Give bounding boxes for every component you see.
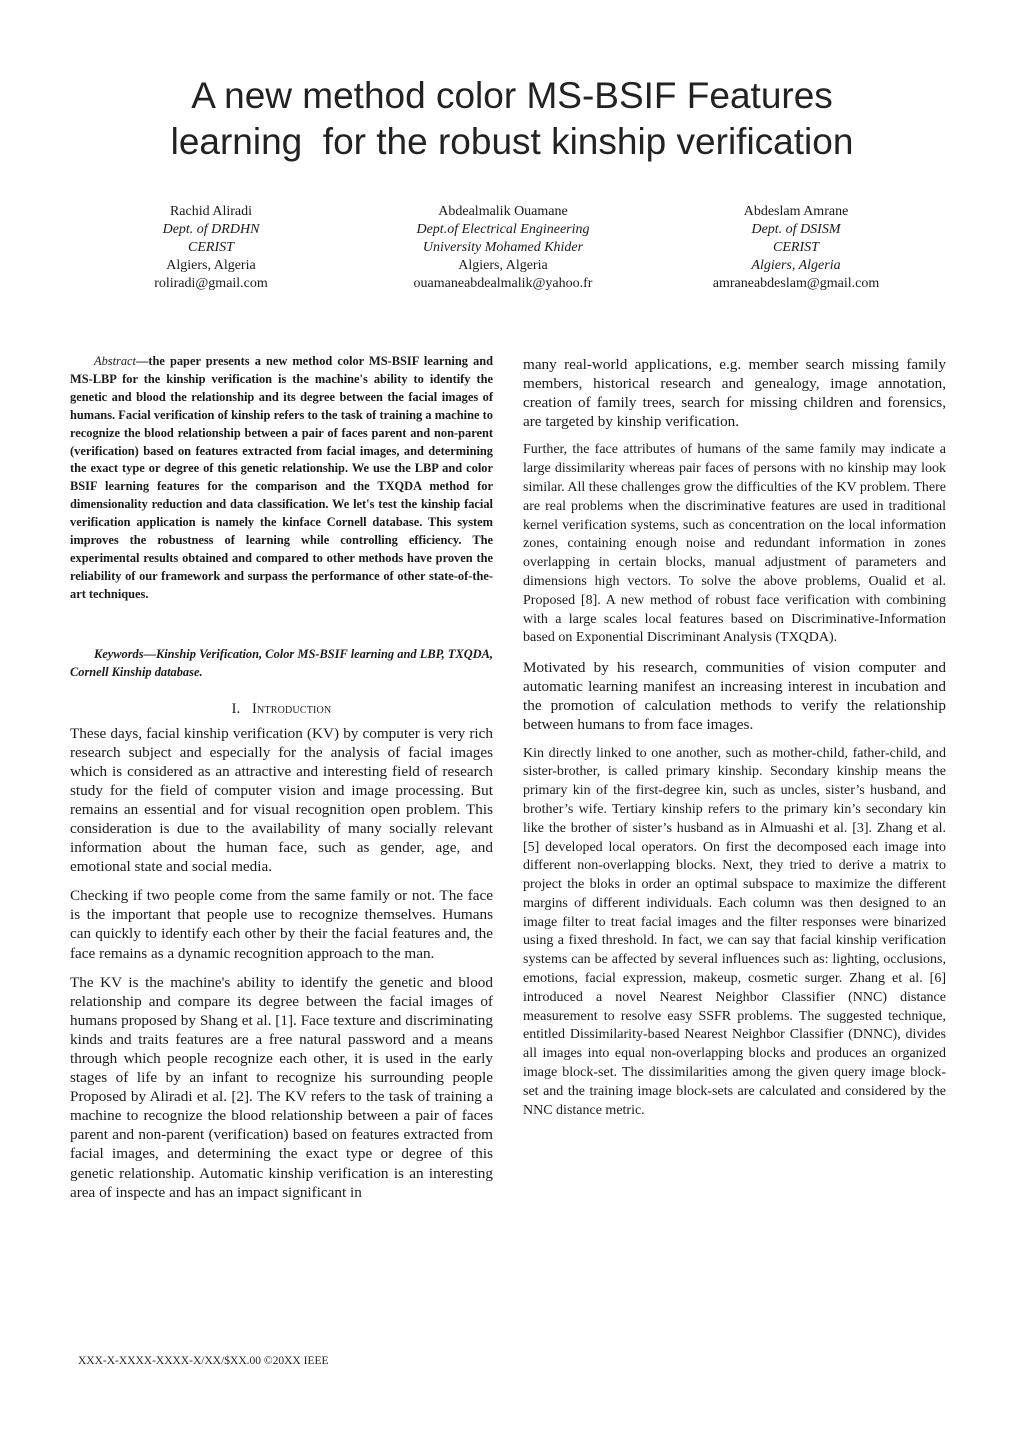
- author-dept: Dept. of DSISM: [646, 221, 946, 239]
- author-dept: Dept.of Electrical Engineering: [353, 221, 653, 239]
- author-location: Algiers, Algeria: [353, 257, 653, 275]
- title-line-2: learning for the robust kinship verifica…: [0, 119, 1024, 165]
- author-location: Algiers, Algeria: [646, 257, 946, 275]
- author-name: Rachid Aliradi: [61, 203, 361, 221]
- section-title: Introduction: [252, 701, 331, 717]
- author-name: Abdealmalik Ouamane: [353, 203, 653, 221]
- author-email: ouamaneabdealmalik@yahoo.fr: [353, 275, 653, 293]
- abstract-label: Abstract: [94, 354, 136, 368]
- title-line-1: A new method color MS-BSIF Features: [0, 73, 1024, 119]
- author-institution: CERIST: [646, 239, 946, 257]
- section-number: I.: [232, 701, 241, 717]
- author-location: Algiers, Algeria: [61, 257, 361, 275]
- author-1: Rachid Aliradi Dept. of DRDHN CERIST Alg…: [61, 203, 361, 293]
- author-3: Abdeslam Amrane Dept. of DSISM CERIST Al…: [646, 203, 946, 293]
- author-dept: Dept. of DRDHN: [61, 221, 361, 239]
- abstract: Abstract—the paper presents a new method…: [70, 353, 493, 604]
- author-email: amraneabdeslam@gmail.com: [646, 275, 946, 293]
- paper-title: A new method color MS-BSIF Features lear…: [0, 73, 1024, 165]
- paragraph: These days, facial kinship verification …: [70, 724, 493, 877]
- paragraph: many real-world applications, e.g. membe…: [523, 355, 946, 431]
- section-heading-introduction: I. Introduction: [70, 700, 493, 718]
- keywords: Keywords—Kinship Verification, Color MS-…: [70, 646, 493, 682]
- paragraph: Further, the face attributes of humans o…: [523, 441, 946, 648]
- paragraph: Checking if two people come from the sam…: [70, 886, 493, 962]
- paragraph: The KV is the machine's ability to ident…: [70, 973, 493, 1202]
- author-name: Abdeslam Amrane: [646, 203, 946, 221]
- author-institution: University Mohamed Khider: [353, 239, 653, 257]
- abstract-dash: —: [136, 354, 148, 368]
- paragraph: Motivated by his research, communities o…: [523, 658, 946, 734]
- author-institution: CERIST: [61, 239, 361, 257]
- copyright-footer: XXX-X-XXXX-XXXX-X/XX/$XX.00 ©20XX IEEE: [78, 1355, 329, 1367]
- author-2: Abdealmalik Ouamane Dept.of Electrical E…: [353, 203, 653, 293]
- paragraph: Kin directly linked to one another, such…: [523, 745, 946, 1121]
- abstract-text: the paper presents a new method color MS…: [70, 354, 493, 601]
- author-email: roliradi@gmail.com: [61, 275, 361, 293]
- left-column: Abstract—the paper presents a new method…: [70, 353, 493, 1212]
- right-column: many real-world applications, e.g. membe…: [523, 355, 946, 1130]
